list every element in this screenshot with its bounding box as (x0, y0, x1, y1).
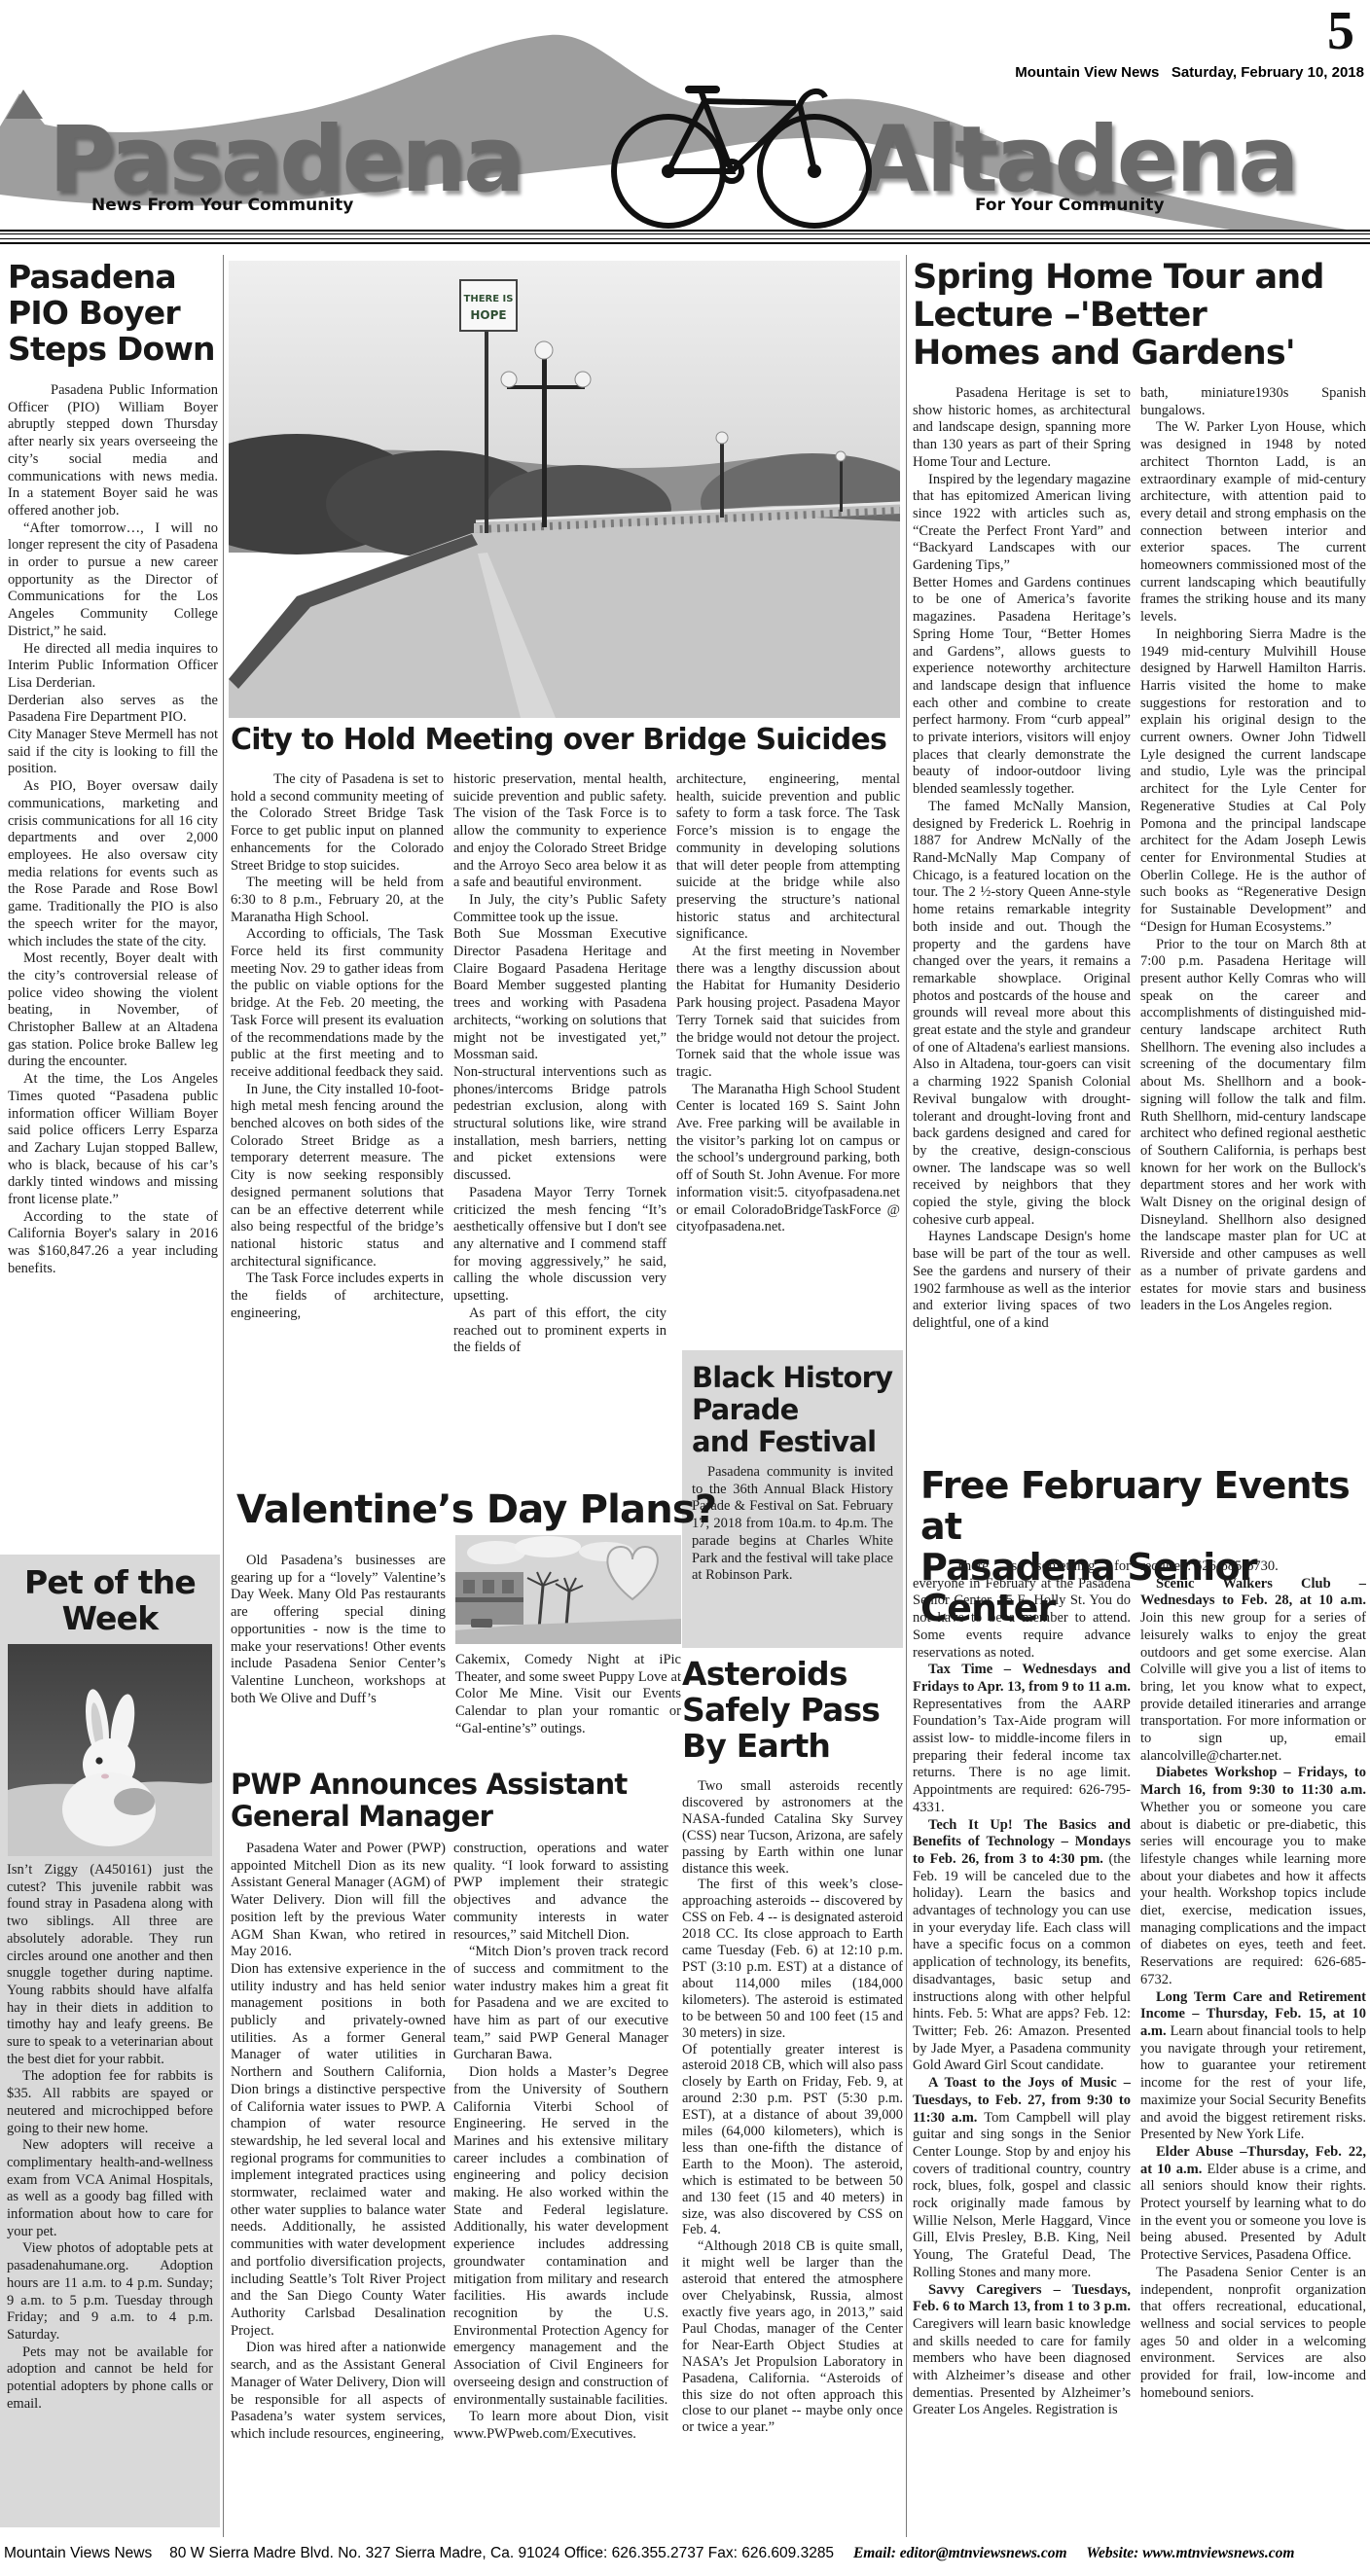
bridge-article-title: City to Hold Meeting over Bridge Suicide… (231, 724, 902, 757)
pet-body: Isn’t Ziggy (A450161) just the cutest? T… (0, 1862, 220, 2490)
senior-events-colA: There is something for everyone in Febru… (913, 1558, 1131, 2535)
footer: Mountain Views News 80 W Sierra Madre Bl… (4, 2545, 1368, 2562)
article-paragraph: New adopters will receive a complimentar… (7, 2137, 213, 2240)
article-paragraph: In June, the City installed 10-foot-high… (231, 1082, 444, 1271)
article-paragraph: In neighboring Sierra Madre is the 1949 … (1140, 626, 1366, 937)
event-lead: Tech It Up! The Basics and Benefits of T… (913, 1817, 1131, 1867)
article-paragraph: Dion has extensive experience in the uti… (231, 1961, 446, 2340)
pwp-title: PWP Announces Assistant General Manager (231, 1769, 688, 1833)
article-paragraph: The Task Force includes experts in the f… (231, 1270, 444, 1322)
article-paragraph: Pasadena Water and Power (PWP) appointed… (231, 1841, 446, 1961)
asteroids-body: Two small asteroids recently discovered … (682, 1778, 903, 2541)
footer-address: 80 W Sierra Madre Blvd. No. 327 Sierra M… (169, 2545, 834, 2561)
title-line: Free February Events at (920, 1465, 1370, 1547)
pet-of-the-week-panel: Pet of the Week Isn’t Ziggy (A450161) ju… (0, 1555, 220, 2527)
article-paragraph: Pasadena Public Information Officer (PIO… (8, 382, 218, 520)
article-paragraph: At the first meeting in November there w… (676, 944, 900, 1082)
article-paragraph: construction, operations and water quali… (453, 1841, 668, 1944)
article-paragraph: Pets may not be available for adoption a… (7, 2344, 213, 2414)
pio-article-body: Pasadena Public Information Officer (PIO… (8, 382, 218, 1545)
event-paragraph: A Toast to the Joys of Music – Tuesdays,… (913, 2075, 1131, 2281)
article-paragraph: “Although 2018 CB is quite small, it mig… (682, 2238, 903, 2436)
event-paragraph: required: 626-685-6730. (1140, 1558, 1366, 1576)
article-paragraph: The W. Parker Lyon House, which was desi… (1140, 419, 1366, 626)
title-line: General Manager (231, 1801, 688, 1833)
article-paragraph: The famed McNally Mansion, designed by F… (913, 799, 1131, 1057)
article-paragraph: As part of this effort, the city reached… (453, 1306, 667, 1357)
article-paragraph: Inspired by the legendary magazine that … (913, 472, 1131, 575)
spring-tour-colA: Pasadena Heritage is set to show histori… (913, 385, 1131, 1459)
bicycle-saddle (685, 86, 720, 93)
article-paragraph: Both Sue Mossman Executive Director Pasa… (453, 926, 667, 1064)
page-number: 5 (1327, 0, 1354, 62)
article-paragraph: The first of this week’s close-approachi… (682, 1877, 903, 2041)
title-line: Black History (692, 1362, 893, 1394)
article-paragraph: The adoption fee for rabbits is $35. All… (7, 2068, 213, 2137)
event-lead: Scenic Walkers Club – Wednesdays to Feb.… (1140, 1576, 1366, 1609)
title-line: Homes and Gardens' (913, 335, 1370, 373)
title-line: and Festival (692, 1426, 893, 1458)
article-paragraph: View photos of adoptable pets at pasaden… (7, 2240, 213, 2343)
article-paragraph: Haynes Landscape Design's home base will… (913, 1229, 1131, 1332)
article-paragraph: The Maranatha High School Student Center… (676, 1082, 900, 1236)
senior-events-colB: required: 626-685-6730. Scenic Walkers C… (1140, 1558, 1366, 2535)
footer-publication-name: Mountain Views News (4, 2545, 152, 2561)
pwp-col1: Pasadena Water and Power (PWP) appointed… (231, 1841, 446, 2535)
asteroids-title: Asteroids Safely Pass By Earth (682, 1656, 903, 1764)
title-line: Steps Down (8, 331, 220, 367)
title-line: By Earth (682, 1728, 903, 1764)
article-paragraph: In July, the city’s Public Safety Commit… (453, 892, 667, 926)
article-paragraph: Dion holds a Master’s Degree from the Un… (453, 2064, 668, 2409)
article-paragraph: City Manager Steve Mermell has not said … (8, 727, 218, 778)
pet-title: Pet of the Week (0, 1555, 220, 1636)
article-paragraph: Pasadena Mayor Terry Tornek criticized t… (453, 1185, 667, 1306)
title-line: Pasadena (8, 259, 220, 295)
event-paragraph: The Pasadena Senior Center is an indepen… (1140, 2265, 1366, 2403)
article-paragraph: Non-structural interventions such as pho… (453, 1064, 667, 1185)
event-lead: Diabetes Workshop – Fridays, to March 16… (1140, 1765, 1366, 1798)
article-paragraph: Isn’t Ziggy (A450161) just the cutest? T… (7, 1862, 213, 2068)
footer-website: Website: www.mtnviewsnews.com (1086, 2545, 1294, 2561)
title-line: Week (0, 1600, 220, 1636)
column-divider-left (223, 255, 224, 2537)
masthead-rule (0, 230, 1370, 244)
rabbit-photo (8, 1644, 212, 1856)
article-paragraph: Pasadena Heritage is set to show histori… (913, 385, 1131, 472)
article-paragraph: Better Homes and Gardens continues to be… (913, 575, 1131, 799)
newspaper-page: 5 Mountain View News Saturday, February … (0, 0, 1370, 2576)
black-history-title: Black History Parade and Festival (682, 1350, 903, 1462)
bridge-article-col3: architecture, engineering, mental health… (676, 771, 900, 1345)
title-line: Asteroids (682, 1656, 903, 1692)
tagline-left: News From Your Community (91, 196, 353, 215)
article-paragraph: According to the state of California Boy… (8, 1209, 218, 1278)
column-divider-right (906, 255, 907, 2537)
article-paragraph: The meeting will be held from 6:30 to 8 … (231, 875, 444, 926)
title-line: PIO Boyer (8, 295, 220, 331)
event-paragraph: Tech It Up! The Basics and Benefits of T… (913, 1817, 1131, 2076)
pio-article-title: Pasadena PIO Boyer Steps Down (8, 259, 220, 367)
article-paragraph: The city of Pasadena is set to hold a se… (231, 771, 444, 875)
article-paragraph: He directed all media inquires to Interi… (8, 641, 218, 693)
masthead-pasadena: Pasadena (49, 115, 523, 206)
article-paragraph: architecture, engineering, mental health… (676, 771, 900, 944)
article-paragraph: At the time, the Los Angeles Times quote… (8, 1071, 218, 1209)
article-paragraph: Derderian also serves as the Pasadena Fi… (8, 693, 218, 727)
bridge-article-col1: The city of Pasadena is set to hold a se… (231, 771, 444, 1484)
dateline: Mountain View News Saturday, February 10… (1015, 64, 1364, 81)
title-line: Pet of the (0, 1564, 220, 1600)
title-line: Parade (692, 1394, 893, 1426)
colorado-street-bridge-photo: THERE IS HOPE (229, 261, 900, 718)
article-paragraph: “Mitch Dion’s proven track record of suc… (453, 1944, 668, 2064)
event-paragraph: Scenic Walkers Club – Wednesdays to Feb.… (1140, 1576, 1366, 1766)
masthead-altadena: Altadena (858, 115, 1297, 206)
tagline-right: For Your Community (975, 196, 1165, 215)
bridge-article-col2: historic preservation, mental health, su… (453, 771, 667, 1484)
article-paragraph: Of potentially greater interest is aster… (682, 2042, 903, 2239)
article-paragraph: Old Pasadena’s businesses are gearing up… (231, 1553, 446, 1707)
valentine-col1: Old Pasadena’s businesses are gearing up… (231, 1553, 446, 1759)
pwp-col2: construction, operations and water quali… (453, 1841, 668, 2535)
title-line: Spring Home Tour and (913, 259, 1370, 297)
title-line: PWP Announces Assistant (231, 1769, 688, 1801)
event-lead: Tax Time – Wednesdays and Fridays to Apr… (913, 1662, 1131, 1695)
spring-tour-colB: bath, miniature1930s Spanish bungalows. … (1140, 385, 1366, 1459)
footer-email: Email: editor@mtnviewsnews.com (853, 2545, 1067, 2561)
event-lead: Savvy Caregivers – Tuesdays, Feb. 6 to M… (913, 2282, 1131, 2315)
event-paragraph: Elder Abuse –Thursday, Feb. 22, at 10 a.… (1140, 2144, 1366, 2265)
there-is-hope-sign: THERE IS HOPE (460, 280, 517, 331)
article-paragraph: To learn more about Dion, visit www.PWPw… (453, 2409, 668, 2443)
article-paragraph: As PIO, Boyer oversaw daily communicatio… (8, 778, 218, 950)
event-paragraph: Tax Time – Wednesdays and Fridays to Apr… (913, 1662, 1131, 1816)
article-paragraph: historic preservation, mental health, su… (453, 771, 667, 892)
article-paragraph: Prior to the tour on March 8th at 7:00 p… (1140, 937, 1366, 1315)
event-paragraph: There is something for everyone in Febru… (913, 1558, 1131, 1662)
article-paragraph: bath, miniature1930s Spanish bungalows. (1140, 385, 1366, 419)
bicycle-icon (595, 47, 887, 236)
article-paragraph: Most recently, Boyer dealt with the city… (8, 950, 218, 1071)
event-paragraph: Diabetes Workshop – Fridays, to March 16… (1140, 1765, 1366, 1988)
article-paragraph: Also in Altadena, tour-goers can visit a… (913, 1056, 1131, 1229)
spring-tour-title: Spring Home Tour and Lecture –'Better Ho… (913, 259, 1370, 373)
article-paragraph: Two small asteroids recently discovered … (682, 1778, 903, 1877)
article-paragraph: Dion was hired after a nationwide search… (231, 2340, 446, 2443)
title-line: Safely Pass (682, 1692, 903, 1728)
event-paragraph: Savvy Caregivers – Tuesdays, Feb. 6 to M… (913, 2282, 1131, 2420)
title-line: Lecture –'Better (913, 297, 1370, 335)
event-paragraph: Long Term Care and Retirement Income – T… (1140, 1989, 1366, 2144)
article-paragraph: “After tomorrow…, I will no longer repre… (8, 520, 218, 641)
valentine-title: Valentine’s Day Plans? (236, 1488, 781, 1531)
article-paragraph: Cakemix, Comedy Night at iPic Theater, a… (455, 1652, 681, 1738)
old-pasadena-street-photo (455, 1535, 681, 1644)
svg-text:THERE IS: THERE IS (464, 294, 514, 304)
black-history-body: Pasadena community is invited to the 36t… (682, 1462, 903, 1622)
article-paragraph: According to officials, The Task Force h… (231, 926, 444, 1081)
svg-text:HOPE: HOPE (470, 308, 506, 322)
